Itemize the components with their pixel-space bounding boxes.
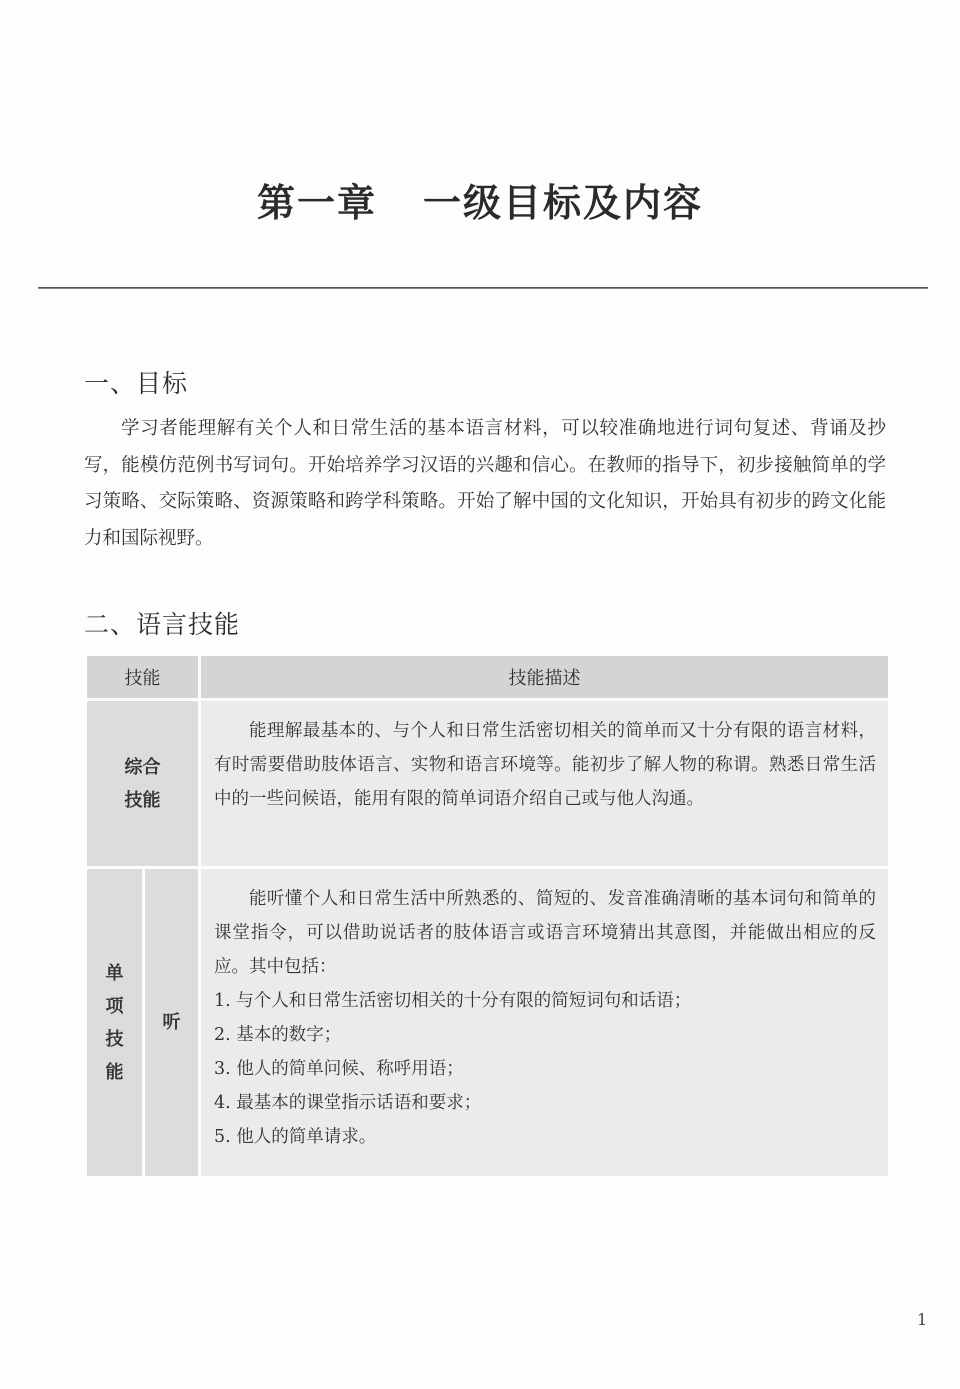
list-item: 2. 基本的数字；: [214, 1018, 876, 1052]
list-item: 3. 他人的简单问候、称呼用语；: [214, 1052, 876, 1086]
list-item: 4. 最基本的课堂指示话语和要求；: [214, 1086, 876, 1120]
page-number: 1: [917, 1310, 927, 1329]
goals-paragraph: 学习者能理解有关个人和日常生活的基本语言材料，可以较准确地进行词句复述、背诵及抄…: [84, 411, 886, 557]
chapter-title: 第一章一级目标及内容: [0, 172, 960, 227]
label-char: 项: [106, 990, 124, 1023]
table-header-description: 技能描述: [201, 656, 888, 698]
chapter-name: 一级目标及内容: [423, 180, 703, 225]
section-heading-language-skills: 二、语言技能: [84, 605, 240, 641]
chapter-number: 第一章: [257, 180, 377, 225]
list-item: 5. 他人的简单请求。: [214, 1120, 876, 1154]
label-char: 技: [106, 1023, 124, 1056]
table-row-desc-integrated: 能理解最基本的、与个人和日常生活密切相关的简单而又十分有限的语言材料，有时需要借…: [201, 701, 888, 866]
description-text: 能理解最基本的、与个人和日常生活密切相关的简单而又十分有限的语言材料，有时需要借…: [214, 714, 876, 816]
label-char: 单: [106, 957, 124, 990]
table-row-label-integrated: 综合 技能: [87, 701, 198, 866]
table-row-desc-listening: 能听懂个人和日常生活中所熟悉的、简短的、发音准确清晰的基本词句和简单的课堂指令，…: [201, 869, 888, 1176]
description-text: 能听懂个人和日常生活中所熟悉的、简短的、发音准确清晰的基本词句和简单的课堂指令，…: [214, 882, 876, 984]
label-line: 技能: [125, 784, 161, 817]
label-char: 能: [106, 1056, 124, 1089]
label-line: 综合: [125, 751, 161, 784]
list-item: 1. 与个人和日常生活密切相关的十分有限的简短词句和话语；: [214, 984, 876, 1018]
table-row-label-listening: 听: [145, 869, 198, 1176]
title-divider: [38, 287, 928, 289]
table-header-skill: 技能: [87, 656, 198, 698]
table-row-label-single-skills: 单 项 技 能: [87, 869, 142, 1176]
section-heading-goals: 一、目标: [84, 364, 188, 400]
